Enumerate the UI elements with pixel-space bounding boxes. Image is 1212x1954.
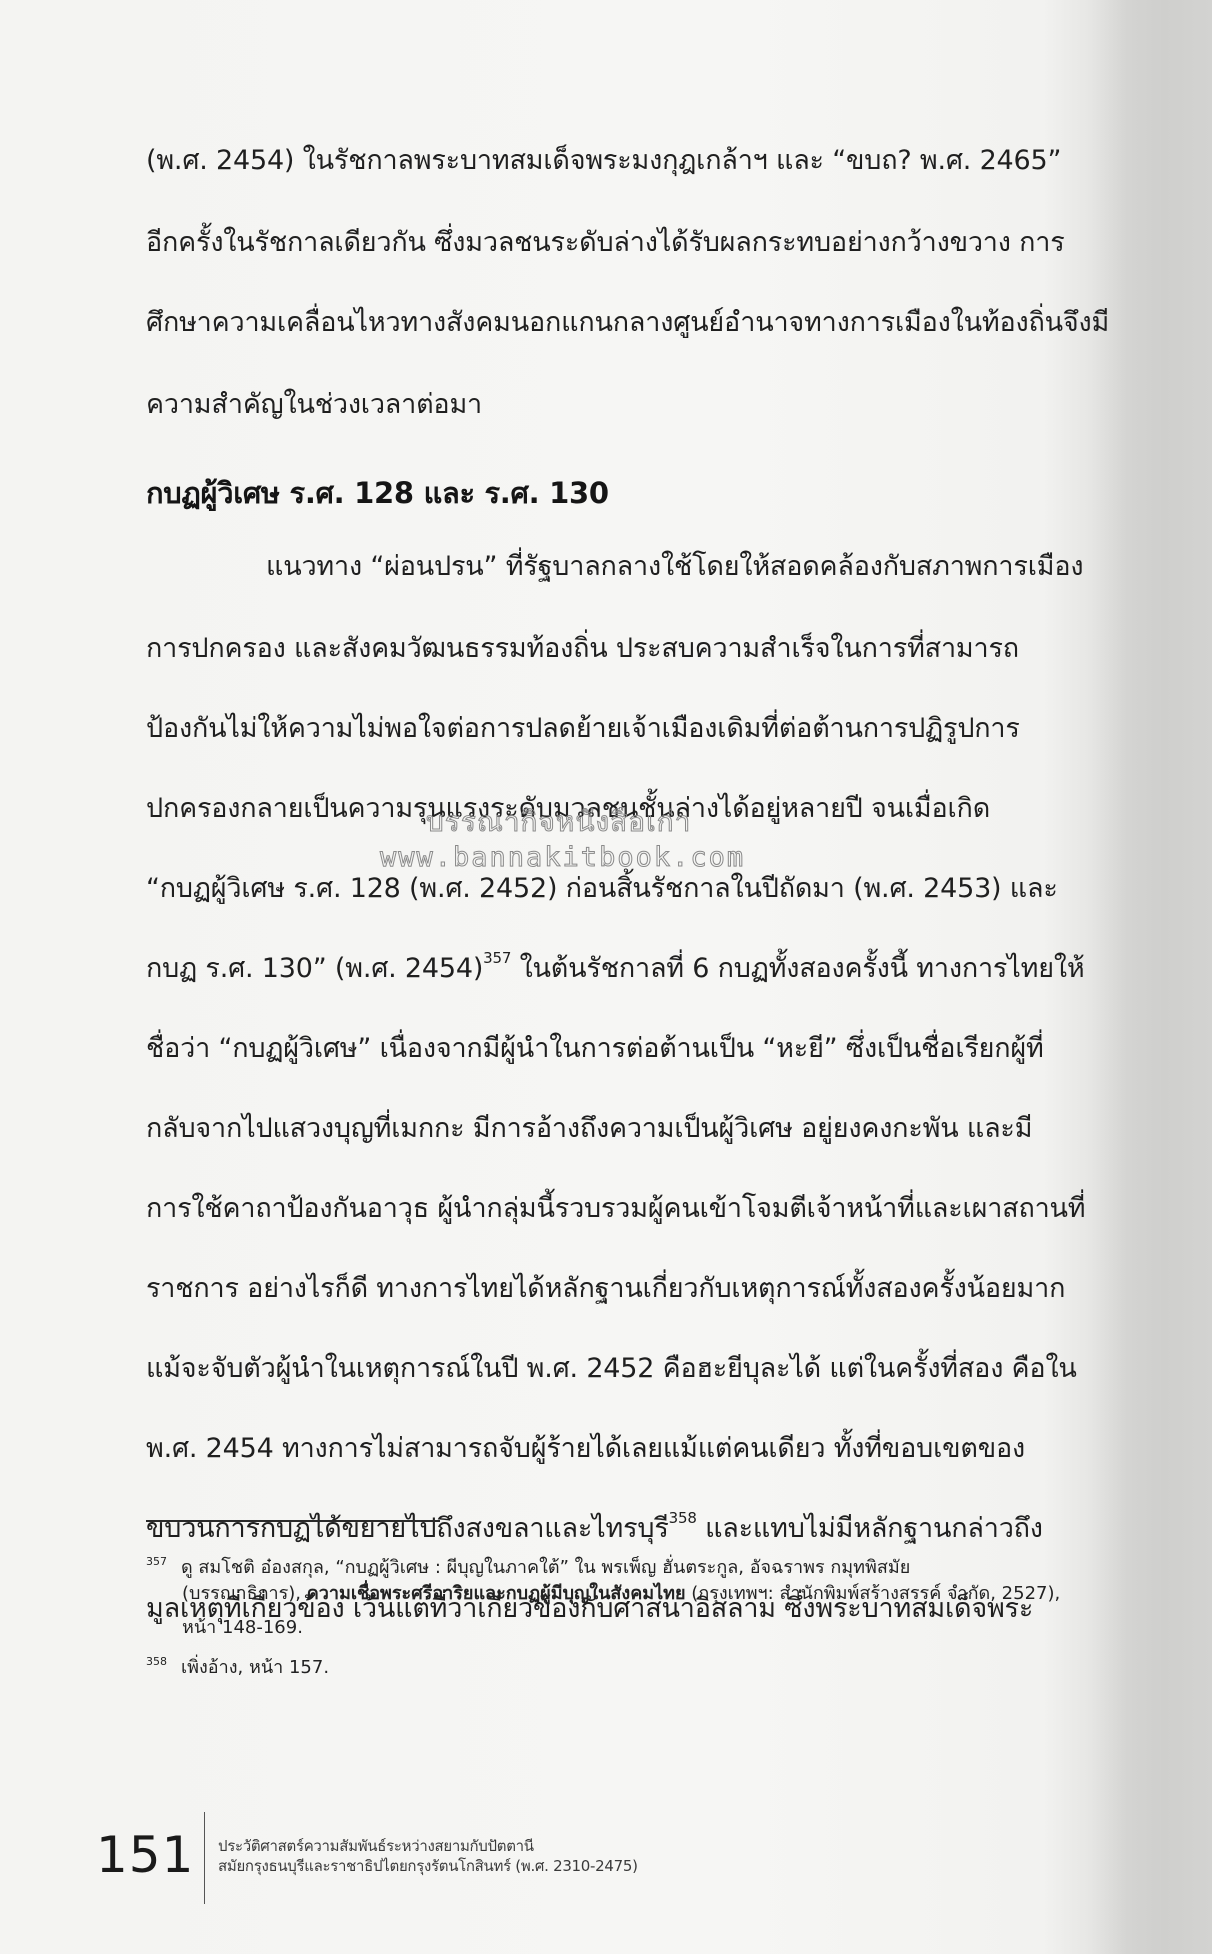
text-line: อีกครั้งในรัชกาลเดียวกัน ซึ่งมวลชนระดับล… [146, 226, 1065, 260]
footnote-number: 358 [146, 1655, 167, 1668]
text-line: ศึกษาความเคลื่อนไหวทางสังคมนอกแกนกลางศูน… [146, 306, 1109, 340]
text-line: ขบวนการกบฏได้ขยายไปถึงสงขลาและไทรบุรี358… [146, 1512, 1043, 1546]
text-line: ปกครองกลายเป็นความรุนแรงระดับมวลชนชั้นล่… [146, 792, 990, 826]
footnote-358: 358เพิ่งอ้าง, หน้า 157. [146, 1650, 329, 1680]
footer-divider [204, 1812, 205, 1904]
book-page: (พ.ศ. 2454) ในรัชกาลพระบาทสมเด็จพระมงกุฎ… [0, 0, 1212, 1954]
text-segment: ขบวนการกบฏได้ขยายไปถึงสงขลาและไทรบุรี [146, 1513, 669, 1544]
text-line: กลับจากไปแสวงบุญที่เมกกะ มีการอ้างถึงควา… [146, 1112, 1032, 1146]
text-segment: กบฏ ร.ศ. 130” (พ.ศ. 2454) [146, 953, 483, 984]
text-line: แม้จะจับตัวผู้นำในเหตุการณ์ในปี พ.ศ. 245… [146, 1352, 1077, 1386]
footnote-357-line2: (บรรณาธิการ), ความเชื่อพระศรีอาริยและกบฏ… [182, 1582, 1060, 1606]
text-line: แนวทาง “ผ่อนปรน” ที่รัฐบาลกลางใช้โดยให้ส… [266, 550, 1083, 584]
footnote-text: (บรรณาธิการ), [182, 1583, 307, 1604]
running-title-line2: สมัยกรุงธนบุรีและราชาธิปไตยกรุงรัตนโกสิน… [218, 1856, 638, 1876]
footnote-text: เพิ่งอ้าง, หน้า 157. [181, 1657, 329, 1678]
footnote-ref-357: 357 [483, 949, 511, 967]
footnote-text: ดู สมโชติ อ๋องสกุล, “กบฏผู้วิเศษ : ผีบุญ… [181, 1557, 910, 1578]
text-line: ความสำคัญในช่วงเวลาต่อมา [146, 388, 482, 422]
text-line: การปกครอง และสังคมวัฒนธรรมท้องถิ่น ประสบ… [146, 632, 1019, 666]
running-title: ประวัติศาสตร์ความสัมพันธ์ระหว่างสยามกับป… [218, 1836, 638, 1876]
text-line: กบฏ ร.ศ. 130” (พ.ศ. 2454)357 ในต้นรัชกาล… [146, 952, 1084, 986]
footnote-book-title: ความเชื่อพระศรีอาริยและกบฏผู้มีบุญในสังค… [307, 1583, 686, 1604]
footnote-text: (กรุงเทพฯ: สำนักพิมพ์สร้างสรรค์ จำกัด, 2… [686, 1583, 1061, 1604]
text-line: ราชการ อย่างไรก็ดี ทางการไทยได้หลักฐานเก… [146, 1272, 1065, 1306]
text-segment: และแทบไม่มีหลักฐานกล่าวถึง [697, 1513, 1043, 1544]
running-title-line1: ประวัติศาสตร์ความสัมพันธ์ระหว่างสยามกับป… [218, 1836, 638, 1856]
footnote-357: 357ดู สมโชติ อ๋องสกุล, “กบฏผู้วิเศษ : ผี… [146, 1550, 910, 1580]
text-line: พ.ศ. 2454 ทางการไม่สามารถจับผู้ร้ายได้เล… [146, 1432, 1025, 1466]
footnote-number: 357 [146, 1555, 167, 1568]
page-number: 151 [96, 1826, 194, 1884]
watermark-url: www.bannakitbook.com [380, 842, 745, 873]
footnote-357-line3: หน้า 148-169. [182, 1616, 303, 1640]
text-line: ชื่อว่า “กบฏผู้วิเศษ” เนื่องจากมีผู้นำใน… [146, 1032, 1044, 1066]
text-line: ป้องกันไม่ให้ความไม่พอใจต่อการปลดย้ายเจ้… [146, 712, 1020, 746]
footnote-ref-358: 358 [669, 1509, 697, 1527]
footnote-divider [146, 1520, 440, 1522]
text-line: “กบฏผู้วิเศษ ร.ศ. 128 (พ.ศ. 2452) ก่อนสิ… [146, 872, 1058, 906]
text-line: การใช้คาถาป้องกันอาวุธ ผู้นำกลุ่มนี้รวบร… [146, 1192, 1085, 1226]
text-line: (พ.ศ. 2454) ในรัชกาลพระบาทสมเด็จพระมงกุฎ… [146, 144, 1061, 178]
text-segment: ในต้นรัชกาลที่ 6 กบฏทั้งสองครั้งนี้ ทางก… [511, 953, 1084, 984]
section-heading: กบฏผู้วิเศษ ร.ศ. 128 และ ร.ศ. 130 [146, 470, 609, 516]
